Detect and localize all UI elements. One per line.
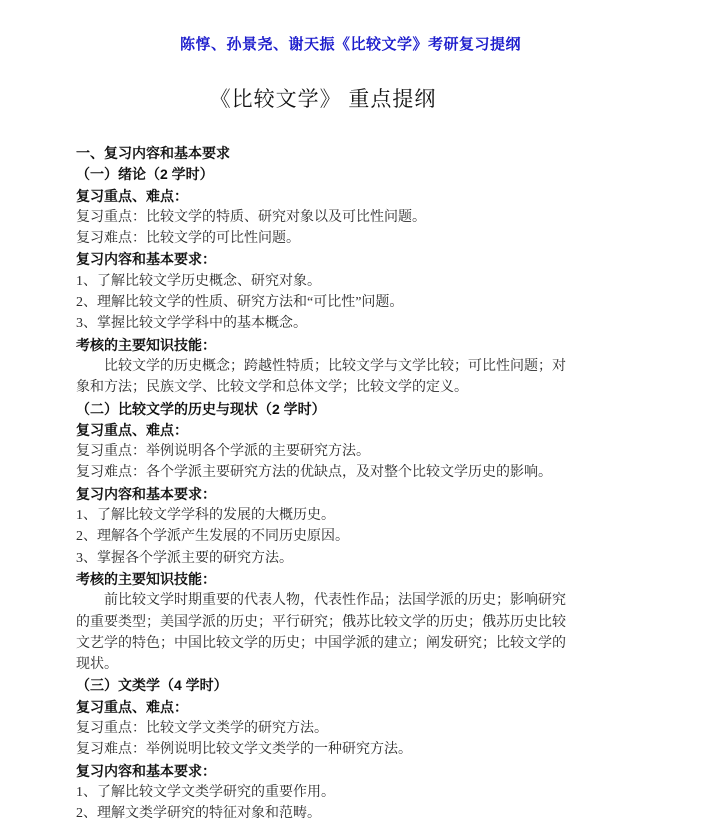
text-line: 考核的主要知识技能：: [76, 335, 636, 356]
text-line: 3、掌握比较文学学科中的基本概念。: [76, 313, 636, 334]
text-line: （一）绪论（2 学时）: [76, 164, 636, 185]
text-line: 2、理解文类学研究的特征对象和范畴。: [76, 803, 636, 824]
text-line: 复习重点、难点：: [76, 186, 636, 207]
text-line: 比较文学的历史概念；跨越性特质；比较文学与文学比较；可比性问题；对: [76, 356, 636, 377]
text-line: 现状。: [76, 654, 636, 675]
text-line: （三）文类学（4 学时）: [76, 675, 636, 696]
text-line: 复习内容和基本要求：: [76, 249, 636, 270]
text-line: 1、了解比较文学历史概念、研究对象。: [76, 271, 636, 292]
text-line: 复习内容和基本要求：: [76, 484, 636, 505]
text-line: 文艺学的特色；中国比较文学的历史；中国学派的建立；阐发研究；比较文学的: [76, 633, 636, 654]
text-line: 1、了解比较文学文类学研究的重要作用。: [76, 782, 636, 803]
text-line: 的重要类型；美国学派的历史；平行研究；俄苏比较文学的历史；俄苏历史比较: [76, 612, 636, 633]
document-header-line: 陈惇、孙景尧、谢天振《比较文学》考研复习提纲: [0, 36, 701, 54]
document-body: 一、复习内容和基本要求（一）绪论（2 学时）复习重点、难点：复习重点：比较文学的…: [76, 143, 636, 825]
text-line: 复习难点：比较文学的可比性问题。: [76, 228, 636, 249]
text-line: 前比较文学时期重要的代表人物，代表性作品；法国学派的历史；影响研究: [76, 590, 636, 611]
text-line: 复习重点、难点：: [76, 697, 636, 718]
text-line: 一、复习内容和基本要求: [76, 143, 636, 164]
text-line: 复习内容和基本要求：: [76, 761, 636, 782]
text-line: 象和方法；民族文学、比较文学和总体文学；比较文学的定义。: [76, 377, 636, 398]
text-line: 2、理解各个学派产生发展的不同历史原因。: [76, 526, 636, 547]
text-line: 复习重点：比较文学文类学的研究方法。: [76, 718, 636, 739]
text-line: （二）比较文学的历史与现状（2 学时）: [76, 399, 636, 420]
text-line: 1、了解比较文学学科的发展的大概历史。: [76, 505, 636, 526]
text-line: 复习重点、难点：: [76, 420, 636, 441]
text-line: 3、掌握各个学派主要的研究方法。: [76, 548, 636, 569]
text-line: 复习难点：举例说明比较文学文类学的一种研究方法。: [76, 739, 636, 760]
text-line: 复习重点：比较文学的特质、研究对象以及可比性问题。: [76, 207, 636, 228]
document-title: 《比较文学》 重点提纲: [76, 86, 570, 113]
document-page: 陈惇、孙景尧、谢天振《比较文学》考研复习提纲 《比较文学》 重点提纲 一、复习内…: [0, 0, 701, 831]
text-line: 2、理解比较文学的性质、研究方法和“可比性”问题。: [76, 292, 636, 313]
text-line: 复习难点：各个学派主要研究方法的优缺点，及对整个比较文学历史的影响。: [76, 462, 636, 483]
text-line: 复习重点：举例说明各个学派的主要研究方法。: [76, 441, 636, 462]
text-line: 考核的主要知识技能：: [76, 569, 636, 590]
